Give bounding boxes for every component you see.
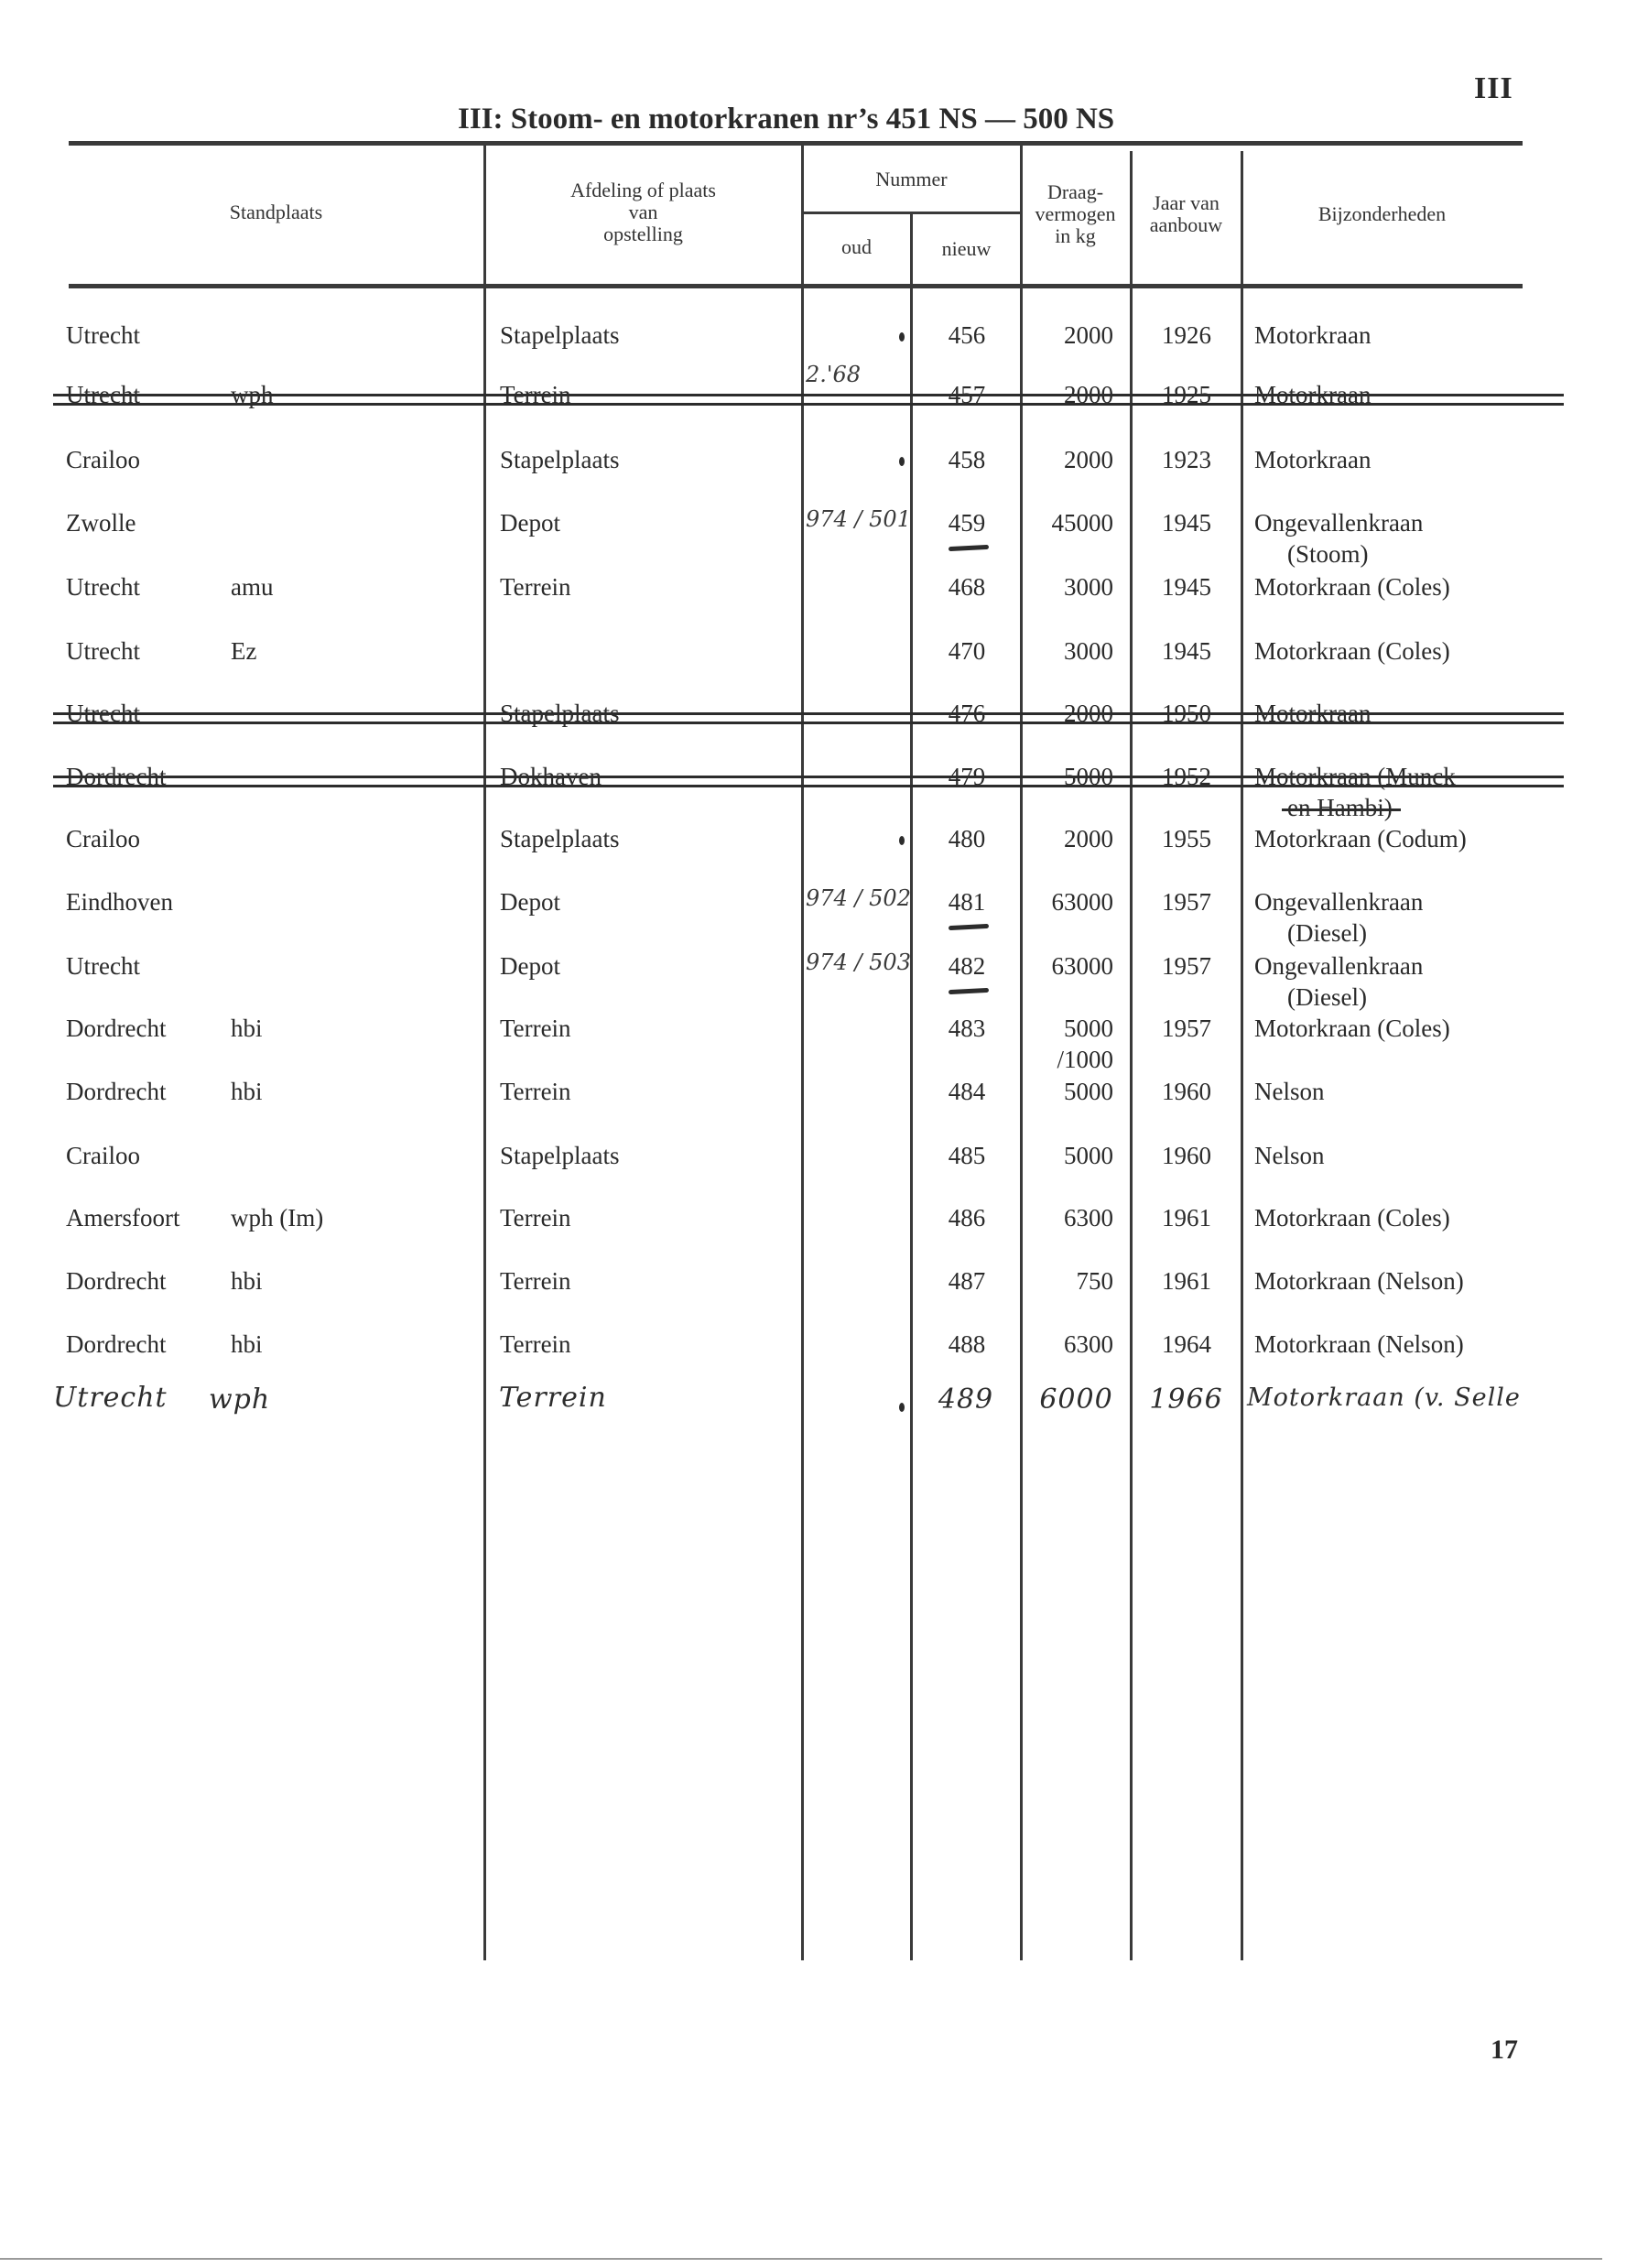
header-jaar-line2: aanbouw [1132,214,1241,236]
cell-standplaats: Utrecht [66,952,140,980]
col-divider [910,213,913,1960]
cell-jaar: 1961 [1133,1204,1240,1232]
cell-standplaats: Crailoo [66,1142,140,1169]
hw-code: wph [209,1386,270,1414]
header-bottom-rule [69,284,1523,288]
cell-draagvermogen: 45000 [1022,509,1113,537]
cell-bijzonderheden: Motorkraan (Coles) [1254,1204,1450,1232]
header-afdeling: Afdeling of plaats van opstelling [485,179,801,245]
cell-nieuw: 481 [914,888,1020,916]
cell-standplaats: Dordrecht [66,1330,166,1358]
cell-jaar: 1926 [1133,321,1240,349]
cell-draagvermogen: 63000 [1022,888,1113,916]
cell-draagvermogen: 63000 [1022,952,1113,980]
cell-afdeling: Depot [500,952,560,980]
cell-code: Ez [231,637,256,665]
cell-draagvermogen: 5000 [1022,1015,1113,1042]
cell-nieuw: 483 [914,1015,1020,1042]
cell-nieuw: 456 [914,321,1020,349]
cell-standplaats: Utrecht [66,573,140,601]
cell-afdeling: Stapelplaats [500,446,619,473]
col-divider [1130,151,1133,1960]
page-title: III: Stoom- en motorkranen nr’s 451 NS —… [458,103,1135,136]
cell-code: hbi [231,1330,263,1358]
cell-standplaats: Utrecht [66,321,140,349]
cell-standplaats: Dordrecht [66,1267,166,1295]
cell-jaar: 1923 [1133,446,1240,473]
cell-draagvermogen: 5000 [1022,1078,1113,1105]
cell-bijzonderheden-extra: (Diesel) [1287,983,1367,1011]
nieuw-underline-mark [949,924,989,930]
cell-nieuw: 487 [914,1267,1020,1295]
strikethrough-line [1282,808,1401,811]
header-bijzonderheden: Bijzonderheden [1242,203,1522,225]
cell-standplaats: Dordrecht [66,1015,166,1042]
cell-jaar: 1964 [1133,1330,1240,1358]
nieuw-underline-mark [949,545,989,551]
strikethrough-line [53,722,1564,724]
cell-draagvermogen: 6300 [1022,1204,1113,1232]
cell-code: hbi [231,1015,263,1042]
cell-bijzonderheden-extra: (Stoom) [1287,540,1369,568]
cell-nieuw: 458 [914,446,1020,473]
header-draagvermogen: Draag- vermogen in kg [1020,181,1131,247]
cell-draagvermogen: 3000 [1022,573,1113,601]
cell-standplaats: Crailoo [66,825,140,852]
header-draag-line1: Draag- [1020,181,1131,203]
cell-nieuw: 459 [914,509,1020,537]
header-draag-line2: vermogen [1020,203,1131,225]
cell-draagvermogen-extra: /1000 [1022,1046,1113,1073]
cell-bijzonderheden: Motorkraan (Coles) [1254,637,1450,665]
header-jaar: Jaar van aanbouw [1132,192,1241,236]
strikethrough-line [53,785,1564,787]
oud-mark-dot [899,836,905,845]
hw-afdeling: Terrein [499,1384,607,1412]
cell-code: hbi [231,1078,263,1105]
cell-draagvermogen: 5000 [1022,1142,1113,1169]
cell-nieuw: 486 [914,1204,1020,1232]
cell-draagvermogen: 2000 [1022,446,1113,473]
oud-mark-dot [899,1403,905,1412]
cell-standplaats: Zwolle [66,509,136,537]
cell-bijzonderheden: Nelson [1254,1078,1325,1105]
cell-standplaats: Crailoo [66,446,140,473]
hw-nieuw: 489 [916,1386,1016,1414]
strikethrough-line [53,403,1564,406]
oud-mark-dot [899,332,905,342]
header-oud: oud [802,236,911,258]
cell-bijzonderheden: Motorkraan (Coles) [1254,1015,1450,1042]
cell-bijzonderheden: Motorkraan [1254,446,1371,473]
cell-bijzonderheden: Motorkraan (Codum) [1254,825,1467,852]
cell-nieuw: 482 [914,952,1020,980]
table-top-rule [69,141,1523,146]
cell-afdeling: Depot [500,888,560,916]
header-jaar-line1: Jaar van [1132,192,1241,214]
cell-afdeling: Terrein [500,1204,571,1232]
cell-nieuw: 480 [914,825,1020,852]
header-afdeling-line3: opstelling [485,223,801,245]
cell-nieuw: 484 [914,1078,1020,1105]
cell-bijzonderheden-extra: (Diesel) [1287,919,1367,947]
strikethrough-line [53,712,1564,715]
cell-jaar: 1955 [1133,825,1240,852]
hw-standplaats: Utrecht [53,1384,168,1412]
header-nieuw: nieuw [912,238,1021,260]
col-divider [1241,151,1243,1960]
header-afdeling-line1: Afdeling of plaats [485,179,801,201]
cell-bijzonderheden: Ongevallenkraan [1254,952,1423,980]
cell-standplaats: Utrecht [66,637,140,665]
section-marker: III [1474,71,1513,106]
cell-draagvermogen: 2000 [1022,321,1113,349]
cell-nieuw: 468 [914,573,1020,601]
cell-draagvermogen: 2000 [1022,825,1113,852]
cell-draagvermogen: 6300 [1022,1330,1113,1358]
cell-standplaats: Amersfoort [66,1204,179,1232]
cell-nieuw: 485 [914,1142,1020,1169]
cell-nieuw: 488 [914,1330,1020,1358]
cell-jaar: 1961 [1133,1267,1240,1295]
cell-afdeling: Terrein [500,1330,571,1358]
cell-jaar: 1960 [1133,1142,1240,1169]
cell-jaar: 1957 [1133,888,1240,916]
cell-draagvermogen: 3000 [1022,637,1113,665]
cell-bijzonderheden: Motorkraan (Coles) [1254,573,1450,601]
cell-nieuw: 470 [914,637,1020,665]
cell-afdeling: Stapelplaats [500,825,619,852]
oud-mark-dot [899,457,905,466]
header-afdeling-line2: van [485,201,801,223]
cell-code: wph (Im) [231,1204,323,1232]
hw-bijzonderheden: Motorkraan (v. Selle [1247,1384,1521,1412]
cell-afdeling: Terrein [500,1267,571,1295]
nieuw-underline-mark [949,988,989,994]
cell-afdeling: Terrein [500,1078,571,1105]
cell-afdeling: Stapelplaats [500,1142,619,1169]
strikethrough-line [53,394,1564,396]
cell-bijzonderheden: Motorkraan (Nelson) [1254,1267,1464,1295]
cell-bijzonderheden: Nelson [1254,1142,1325,1169]
cell-oud-handwritten: 974 / 502 [806,884,908,912]
cell-jaar: 1957 [1133,952,1240,980]
page-bottom-edge [0,2258,1602,2260]
hw-draagvermogen: 6000 [1024,1386,1129,1414]
col-divider [483,146,486,1960]
cell-oud-handwritten: 2.'68 [806,361,908,388]
col-divider [801,146,804,1960]
cell-code: amu [231,573,274,601]
cell-bijzonderheden: Motorkraan (Nelson) [1254,1330,1464,1358]
cell-bijzonderheden: Ongevallenkraan [1254,888,1423,916]
cell-afdeling: Terrein [500,573,571,601]
cell-bijzonderheden: Ongevallenkraan [1254,509,1423,537]
hw-jaar: 1966 [1133,1386,1239,1414]
header-draag-line3: in kg [1020,225,1131,247]
cell-afdeling: Stapelplaats [500,321,619,349]
cell-standplaats: Eindhoven [66,888,173,916]
header-standplaats: Standplaats [69,201,483,223]
cell-jaar: 1945 [1133,573,1240,601]
page-number: 17 [1491,2035,1518,2066]
cell-afdeling: Terrein [500,1015,571,1042]
cell-bijzonderheden: Motorkraan [1254,321,1371,349]
header-nummer: Nummer [802,168,1021,190]
cell-jaar: 1945 [1133,637,1240,665]
cell-jaar: 1960 [1133,1078,1240,1105]
cell-oud-handwritten: 974 / 503 [806,949,908,976]
strikethrough-line [53,776,1564,778]
cell-oud-handwritten: 974 / 501 [806,505,908,533]
cell-standplaats: Dordrecht [66,1078,166,1105]
cell-bijzonderheden-extra: en Hambi) [1287,794,1393,821]
cell-jaar: 1945 [1133,509,1240,537]
cell-draagvermogen: 750 [1022,1267,1113,1295]
cell-jaar: 1957 [1133,1015,1240,1042]
cell-afdeling: Depot [500,509,560,537]
cell-code: hbi [231,1267,263,1295]
